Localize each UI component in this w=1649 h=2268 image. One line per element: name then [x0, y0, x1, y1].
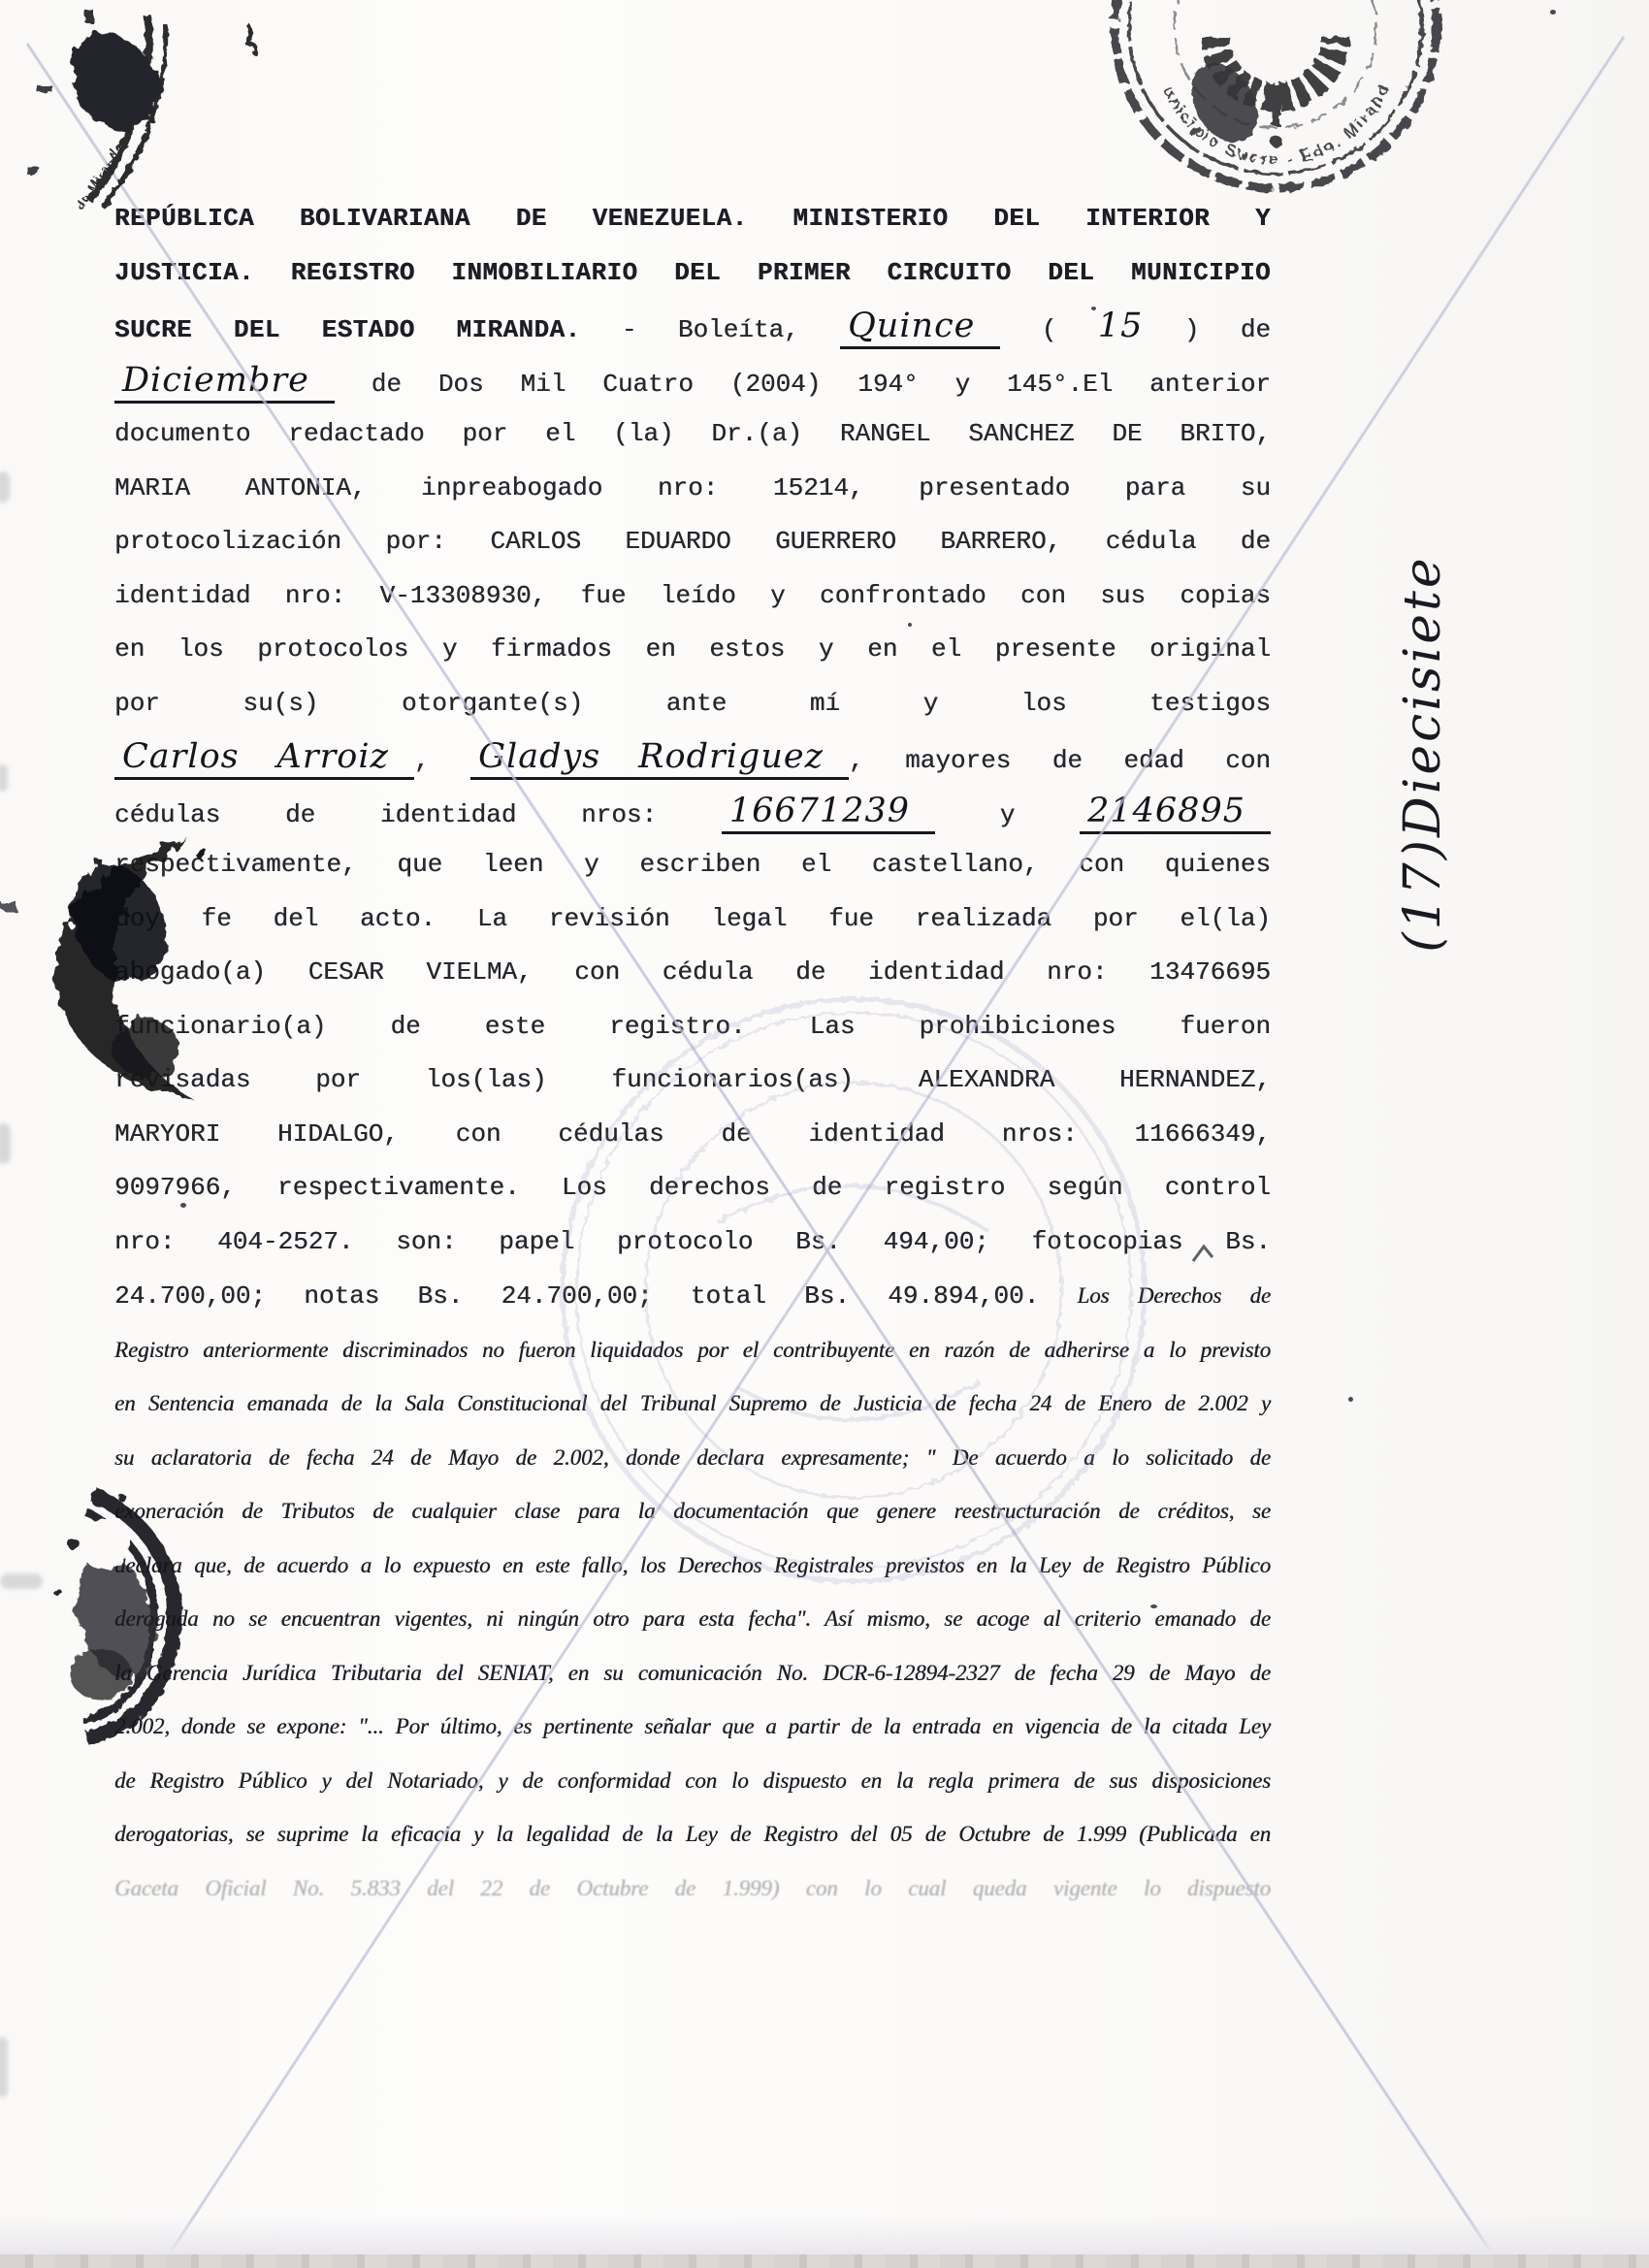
- italic-note-text: 2.002, donde se expone: "... Por último,…: [114, 1714, 1271, 1738]
- typed-text: 9097966, respectivamente. Los derechos d…: [114, 1173, 1271, 1202]
- typed-text: MARIA ANTONIA, inpreabogado nro: 15214, …: [114, 473, 1271, 502]
- document-line: 2.002, donde se expone: "... Por último,…: [114, 1700, 1271, 1754]
- typed-text: en los protocolos y firmados en estos y …: [114, 634, 1271, 664]
- handwritten-text: 16671239: [722, 792, 935, 834]
- handwritten-text: Quince: [840, 307, 1000, 349]
- typed-text: 24.700,00; notas Bs. 24.700,00; total Bs…: [114, 1281, 1077, 1311]
- document-line: REPÚBLICA BOLIVARIANA DE VENEZUELA. MINI…: [114, 192, 1271, 246]
- scanned-document-page: REPÚBLICA BOLIVARIANA DE VENEZUELA. MINI…: [0, 0, 1649, 2268]
- document-line: abogado(a) CESAR VIELMA, con cédula de i…: [114, 946, 1271, 1000]
- italic-note-text: derogatorias, se suprime la eficacia y l…: [114, 1822, 1271, 1846]
- document-line: en los protocolos y firmados en estos y …: [114, 623, 1271, 677]
- document-line: exoneración de Tributos de cualquier cla…: [114, 1484, 1271, 1539]
- italic-note-text: en Sentencia emanada de la Sala Constitu…: [114, 1391, 1271, 1415]
- handwritten-text: 15: [1098, 307, 1144, 345]
- document-line: la Gerencia Jurídica Tributaria del SENI…: [114, 1646, 1271, 1701]
- svg-text:Municipio Sucre - Edo. Miranda: Municipio Sucre - Edo. Miranda: [0, 0, 1394, 169]
- document-line: su aclaratoria de fecha 24 de Mayo de 2.…: [114, 1431, 1271, 1485]
- document-line: documento redactado por el (la) Dr.(a) R…: [114, 407, 1271, 462]
- typed-text: JUSTICIA. REGISTRO INMOBILIARIO DEL PRIM…: [114, 258, 1271, 287]
- ink-speck: [1091, 307, 1096, 310]
- typed-text: respectivamente, que leen y escriben el …: [114, 850, 1271, 879]
- document-text-block: REPÚBLICA BOLIVARIANA DE VENEZUELA. MINI…: [114, 192, 1271, 1915]
- typed-text: cédulas de identidad nros:: [114, 800, 722, 829]
- ink-blot-top-left: do Miranda: [27, 10, 255, 212]
- document-line: de Registro Público y del Notariado, y d…: [114, 1754, 1271, 1808]
- edge-smudge: [0, 1123, 11, 1164]
- typed-text: SUCRE DEL ESTADO MIRANDA.: [114, 315, 580, 344]
- typed-text: revisadas por los(las) funcionarios(as) …: [114, 1065, 1271, 1094]
- typed-text: - Boleíta,: [580, 315, 840, 344]
- typed-text: ,: [414, 746, 470, 775]
- seal-wreath-icon: [1215, 37, 1336, 97]
- document-line: Registro anteriormente discriminados no …: [114, 1323, 1271, 1377]
- italic-note-text: Registro anteriormente discriminados no …: [114, 1338, 1271, 1362]
- document-line: por su(s) otorgante(s) ante mí y los tes…: [114, 677, 1271, 731]
- typed-text: , mayores de edad con: [849, 746, 1271, 775]
- typed-text: MARYORI HIDALGO, con cédulas de identida…: [114, 1119, 1271, 1149]
- document-line: derogatorias, se suprime la eficacia y l…: [114, 1807, 1271, 1862]
- typed-text: funcionario(a) de este registro. Las pro…: [114, 1012, 1271, 1041]
- handwritten-text: Gladys Rodriguez: [470, 737, 849, 780]
- italic-note-text: declara que, de acuerdo a lo expuesto en…: [114, 1553, 1271, 1577]
- typed-text: y: [935, 800, 1080, 829]
- italic-note-text: Gaceta Oficial No. 5.833 del 22 de Octub…: [114, 1876, 1271, 1900]
- document-line: JUSTICIA. REGISTRO INMOBILIARIO DEL PRIM…: [114, 246, 1271, 301]
- typed-text: protocolización por: CARLOS EDUARDO GUER…: [114, 527, 1271, 556]
- handwritten-text: Diciembre: [114, 361, 335, 404]
- document-line: SUCRE DEL ESTADO MIRANDA. - Boleíta, Qui…: [114, 300, 1271, 354]
- document-line: identidad nro: V-13308930, fue leído y c…: [114, 569, 1271, 624]
- document-line: MARYORI HIDALGO, con cédulas de identida…: [114, 1108, 1271, 1162]
- document-line: revisadas por los(las) funcionarios(as) …: [114, 1053, 1271, 1108]
- ink-speck: [1150, 1604, 1157, 1608]
- italic-note-text: la Gerencia Jurídica Tributaria del SENI…: [114, 1661, 1271, 1685]
- scan-bottom-band: [0, 2216, 1649, 2254]
- handwritten-text: Carlos Arroiz: [114, 737, 414, 780]
- document-line: protocolización por: CARLOS EDUARDO GUER…: [114, 515, 1271, 569]
- ink-speck: [1348, 1397, 1353, 1402]
- typed-text: REPÚBLICA BOLIVARIANA DE VENEZUELA. MINI…: [114, 204, 1271, 233]
- municipal-seal-stamp: Municipio Sucre - Edo. Miranda: [0, 0, 1437, 188]
- ink-speck: [908, 623, 912, 627]
- ink-speck: [180, 1203, 186, 1208]
- document-line: funcionario(a) de este registro. Las pro…: [114, 1000, 1271, 1054]
- ink-speck: [1550, 10, 1556, 15]
- typed-text: (: [1000, 315, 1097, 344]
- document-line: respectivamente, que leen y escriben el …: [114, 838, 1271, 892]
- document-line: MARIA ANTONIA, inpreabogado nro: 15214, …: [114, 462, 1271, 516]
- scan-bottom-edge: [0, 2254, 1649, 2268]
- italic-note-text: su aclaratoria de fecha 24 de Mayo de 2.…: [114, 1445, 1271, 1470]
- italic-note-text: derogada no se encuentran vigentes, ni n…: [114, 1606, 1271, 1631]
- typed-text: nro: 404-2527. son: papel protocolo Bs. …: [114, 1227, 1271, 1256]
- document-line: derogada no se encuentran vigentes, ni n…: [114, 1592, 1271, 1646]
- typed-text: identidad nro: V-13308930, fue leído y c…: [114, 581, 1271, 610]
- edge-smudge: [0, 1573, 43, 1589]
- italic-note-text: de Registro Público y del Notariado, y d…: [114, 1768, 1271, 1793]
- document-line: cédulas de identidad nros: 16671239 y 21…: [114, 785, 1271, 839]
- italic-note-text: Los Derechos de: [1077, 1283, 1271, 1308]
- handwritten-text: 2146895: [1080, 792, 1271, 834]
- document-line: declara que, de acuerdo a lo expuesto en…: [114, 1539, 1271, 1593]
- document-line: nro: 404-2527. son: papel protocolo Bs. …: [114, 1215, 1271, 1270]
- document-line: doy fe del acto. La revisión legal fue r…: [114, 892, 1271, 947]
- document-line: 24.700,00; notas Bs. 24.700,00; total Bs…: [114, 1269, 1271, 1323]
- seal-arc-text: Municipio Sucre - Edo. Miranda: [0, 0, 1394, 169]
- italic-note-text: exoneración de Tributos de cualquier cla…: [114, 1499, 1271, 1523]
- typed-text: documento redactado por el (la) Dr.(a) R…: [114, 419, 1271, 448]
- typed-text: por su(s) otorgante(s) ante mí y los tes…: [114, 689, 1271, 718]
- document-line: Diciembre de Dos Mil Cuatro (2004) 194° …: [114, 354, 1271, 408]
- document-line: 9097966, respectivamente. Los derechos d…: [114, 1161, 1271, 1215]
- faded-cutoff-line: Gaceta Oficial No. 5.833 del 22 de Octub…: [114, 1862, 1271, 1916]
- typed-text: doy fe del acto. La revisión legal fue r…: [114, 904, 1271, 933]
- document-line: en Sentencia emanada de la Sala Constitu…: [114, 1377, 1271, 1431]
- document-line: Carlos Arroiz, Gladys Rodriguez, mayores…: [114, 730, 1271, 785]
- typed-text: ) de: [1143, 315, 1271, 344]
- edge-smudge: [0, 2037, 8, 2097]
- edge-smudge: [0, 471, 10, 502]
- typed-text: de Dos Mil Cuatro (2004) 194° y 145°.El …: [335, 370, 1271, 399]
- typed-text: abogado(a) CESAR VIELMA, con cédula de i…: [114, 957, 1271, 987]
- handwritten-margin-note: (17)Diecisiete: [1394, 502, 1462, 1006]
- edge-smudge: [0, 764, 8, 792]
